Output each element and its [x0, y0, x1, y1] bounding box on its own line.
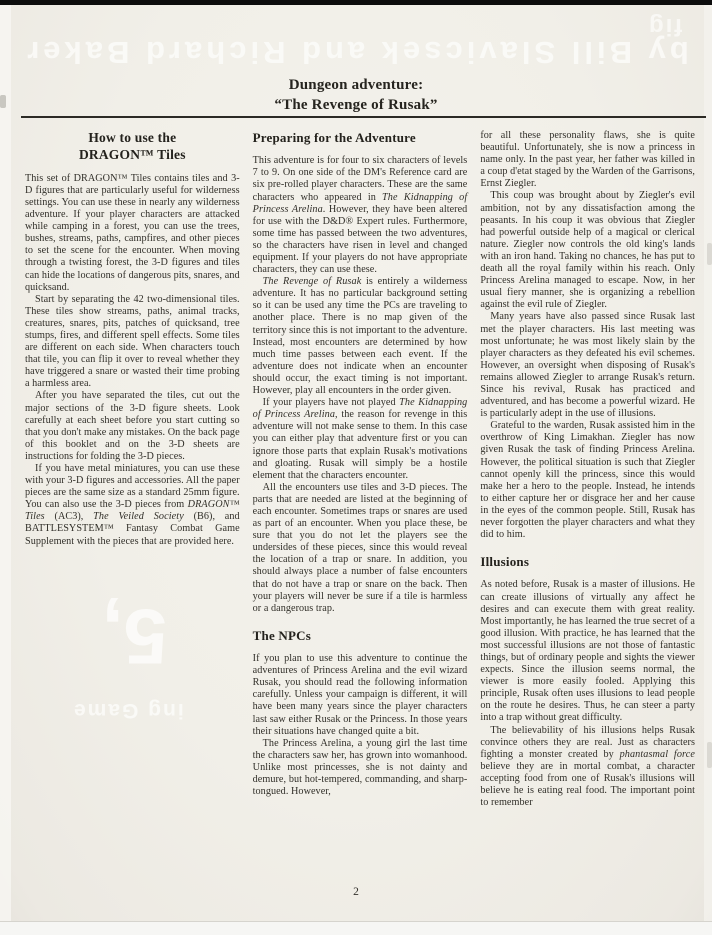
ghost-bleedthrough-byline: by Bill Slavicsek and Richard Baker — [0, 34, 712, 70]
column-middle: Preparing for the AdventureThis adventur… — [253, 130, 468, 809]
content-columns: How to use theDRAGON™ TilesThis set of D… — [25, 130, 695, 809]
page-number: 2 — [0, 886, 712, 898]
scanned-page: fig by Bill Slavicsek and Richard Baker … — [0, 0, 712, 935]
paragraph: for all these personality flaws, she is … — [480, 130, 695, 190]
paragraph: Many years have also passed since Rusak … — [480, 311, 695, 420]
paragraph: This adventure is for four to six charac… — [253, 155, 468, 276]
column-left: How to use theDRAGON™ TilesThis set of D… — [25, 130, 240, 809]
paragraph: If you have metal miniatures, you can us… — [25, 463, 240, 548]
section-heading: Preparing for the Adventure — [253, 130, 468, 146]
paragraph: The Revenge of Rusak is entirely a wilde… — [253, 276, 468, 397]
page-title-line2: “The Revenge of Rusak” — [0, 96, 712, 116]
column-right: for all these personality flaws, she is … — [480, 130, 695, 809]
paragraph: The Princess Arelina, a young girl the l… — [253, 738, 468, 798]
paragraph: This coup was brought about by Ziegler's… — [480, 190, 695, 311]
paper-right-edge — [704, 5, 712, 922]
scan-artifact — [707, 742, 712, 768]
title-divider — [21, 116, 706, 118]
paragraph: After you have separated the tiles, cut … — [25, 390, 240, 463]
page-title-line1: Dungeon adventure: — [0, 76, 712, 96]
page-top-edge — [0, 0, 712, 5]
paragraph: Grateful to the warden, Rusak assisted h… — [480, 420, 695, 541]
page-bottom-edge — [0, 921, 712, 935]
paragraph: All the encounters use tiles and 3-D pie… — [253, 482, 468, 615]
paragraph: As noted before, Rusak is a master of il… — [480, 579, 695, 724]
paper-left-edge — [0, 5, 11, 922]
section-heading: Illusions — [480, 554, 695, 570]
page-title: Dungeon adventure: “The Revenge of Rusak… — [0, 76, 712, 115]
scan-artifact — [707, 243, 712, 265]
section-heading: The NPCs — [253, 628, 468, 644]
paragraph: If you plan to use this adventure to con… — [253, 653, 468, 738]
paragraph: Start by separating the 42 two-dimension… — [25, 294, 240, 391]
paragraph: The believability of his illusions helps… — [480, 725, 695, 810]
paragraph: This set of DRAGON™ Tiles contains tiles… — [25, 173, 240, 294]
paragraph: If your players have not played The Kidn… — [253, 397, 468, 482]
section-heading: How to use theDRAGON™ Tiles — [25, 130, 240, 164]
